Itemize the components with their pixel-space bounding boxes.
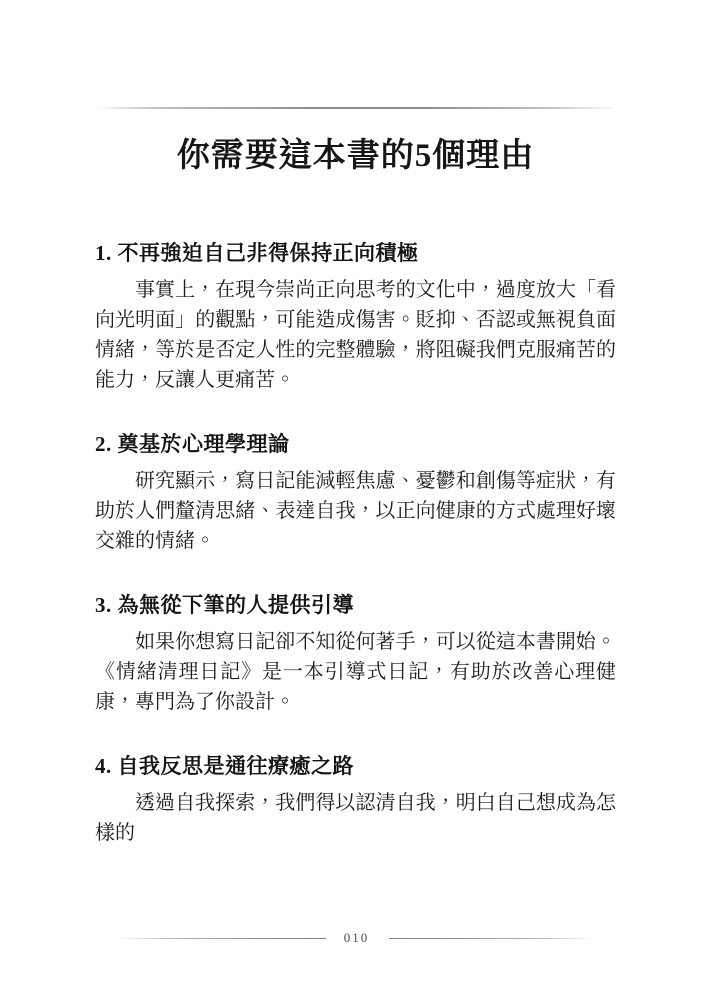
- section-body: 透過自我探索，我們得以認清自我，明白自己想成為怎樣的: [95, 788, 616, 848]
- reason-section-2: 2. 奠基於心理學理論 研究顯示，寫日記能減輕焦慮、憂鬱和創傷等症狀，有助於人們…: [95, 431, 616, 556]
- section-heading: 2. 奠基於心理學理論: [95, 431, 616, 457]
- footer-rule-left: [117, 938, 326, 939]
- page-number: 010: [344, 930, 370, 946]
- section-heading: 3. 為無從下筆的人提供引導: [95, 592, 616, 618]
- book-page: 你需要這本書的5個理由 1. 不再強迫自己非得保持正向積極 事實上，在現今崇尚正…: [0, 0, 711, 1000]
- section-body: 如果你想寫日記卻不知從何著手，可以從這本書開始。《情緒清理日記》是一本引導式日記…: [95, 627, 616, 717]
- top-divider-rule: [95, 107, 617, 109]
- page-content: 1. 不再強迫自己非得保持正向積極 事實上，在現今崇尚正向思考的文化中，過度放大…: [0, 240, 711, 848]
- section-body: 事實上，在現今崇尚正向思考的文化中，過度放大「看向光明面」的觀點，可能造成傷害。…: [95, 275, 616, 395]
- page-title: 你需要這本書的5個理由: [0, 136, 711, 176]
- section-body: 研究顯示，寫日記能減輕焦慮、憂鬱和創傷等症狀，有助於人們釐清思緒、表達自我，以正…: [95, 466, 616, 556]
- footer-rule-right: [389, 938, 594, 939]
- reason-section-3: 3. 為無從下筆的人提供引導 如果你想寫日記卻不知從何著手，可以從這本書開始。《…: [95, 592, 616, 717]
- section-heading: 4. 自我反思是通往療癒之路: [95, 753, 616, 779]
- reason-section-1: 1. 不再強迫自己非得保持正向積極 事實上，在現今崇尚正向思考的文化中，過度放大…: [95, 240, 616, 395]
- reason-section-4: 4. 自我反思是通往療癒之路 透過自我探索，我們得以認清自我，明白自己想成為怎樣…: [95, 753, 616, 848]
- section-heading: 1. 不再強迫自己非得保持正向積極: [95, 240, 616, 266]
- page-footer: 010: [0, 930, 711, 946]
